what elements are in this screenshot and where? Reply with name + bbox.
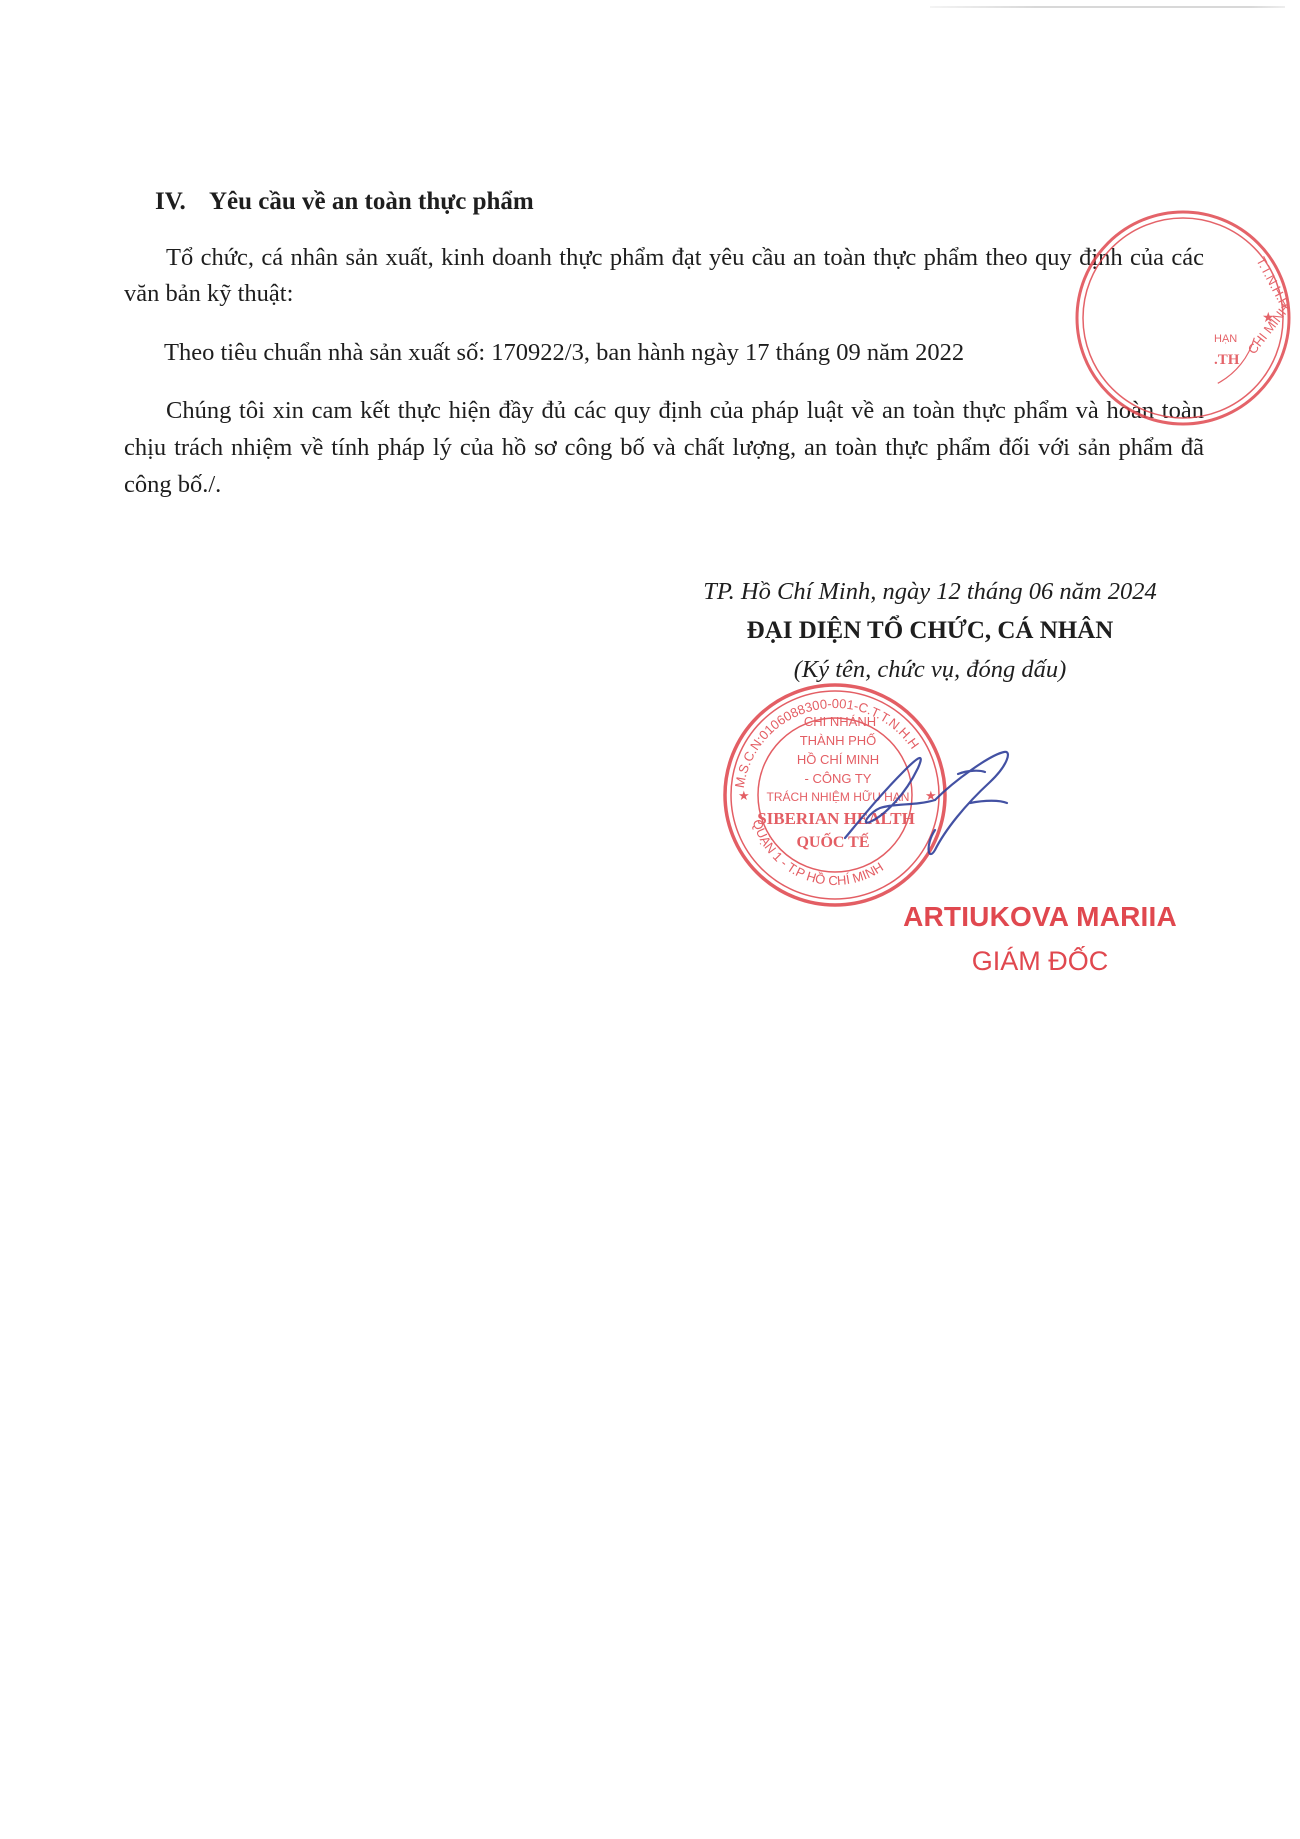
section-heading: IV.Yêu cầu về an toàn thực phẩm: [155, 188, 534, 216]
svg-text:T.T.N.H.H: T.T.N.H.H: [1253, 254, 1292, 310]
svg-text:SIBERIAN HEALTH: SIBERIAN HEALTH: [757, 809, 915, 828]
svg-text:M.S.C.N:0106088300-001-C.T.T.N: M.S.C.N:0106088300-001-C.T.T.N.H.H: [732, 696, 922, 789]
section-title: Yêu cầu về an toàn thực phẩm: [209, 188, 534, 215]
svg-text:TRÁCH NHIỆM HỮU HẠN: TRÁCH NHIỆM HỮU HẠN: [767, 789, 910, 804]
signature-note: (Ký tên, chức vụ, đóng dấu): [660, 656, 1200, 684]
svg-text:HỒ CHÍ MINH: HỒ CHÍ MINH: [797, 752, 879, 767]
place-date: TP. Hồ Chí Minh, ngày 12 tháng 06 năm 20…: [660, 578, 1200, 606]
svg-text:THÀNH PHỐ: THÀNH PHỐ: [800, 733, 877, 748]
svg-text:★: ★: [738, 789, 750, 804]
svg-text:QUẬN 1 - T.P HỒ CHÍ MINH: QUẬN 1 - T.P HỒ CHÍ MINH: [750, 817, 886, 888]
section-number: IV.: [155, 188, 209, 216]
paragraph-commitment: Chúng tôi xin cam kết thực hiện đầy đủ c…: [124, 392, 1204, 503]
paragraph-requirements: Tổ chức, cá nhân sản xuất, kinh doanh th…: [124, 240, 1204, 312]
signer-name: ARTIUKOVA MARIIA: [880, 901, 1200, 933]
scan-edge-line: [930, 6, 1285, 8]
svg-text:CHI NHÁNH: CHI NHÁNH: [804, 714, 876, 729]
svg-text:- CÔNG TY: - CÔNG TY: [805, 771, 872, 786]
svg-text:★: ★: [1262, 310, 1275, 326]
paragraph-standard: Theo tiêu chuẩn nhà sản xuất số: 170922/…: [164, 335, 1244, 371]
handwritten-signature: [845, 752, 1008, 854]
company-stamp: M.S.C.N:0106088300-001-C.T.T.N.H.H QUẬN …: [725, 685, 945, 905]
svg-text:CHI MINH: CHI MINH: [1245, 301, 1293, 357]
svg-text:★: ★: [925, 789, 937, 804]
representative-title: ĐẠI DIỆN TỔ CHỨC, CÁ NHÂN: [660, 617, 1200, 645]
signer-role: GIÁM ĐỐC: [880, 946, 1200, 977]
svg-text:QUỐC TẾ: QUỐC TẾ: [796, 831, 869, 851]
